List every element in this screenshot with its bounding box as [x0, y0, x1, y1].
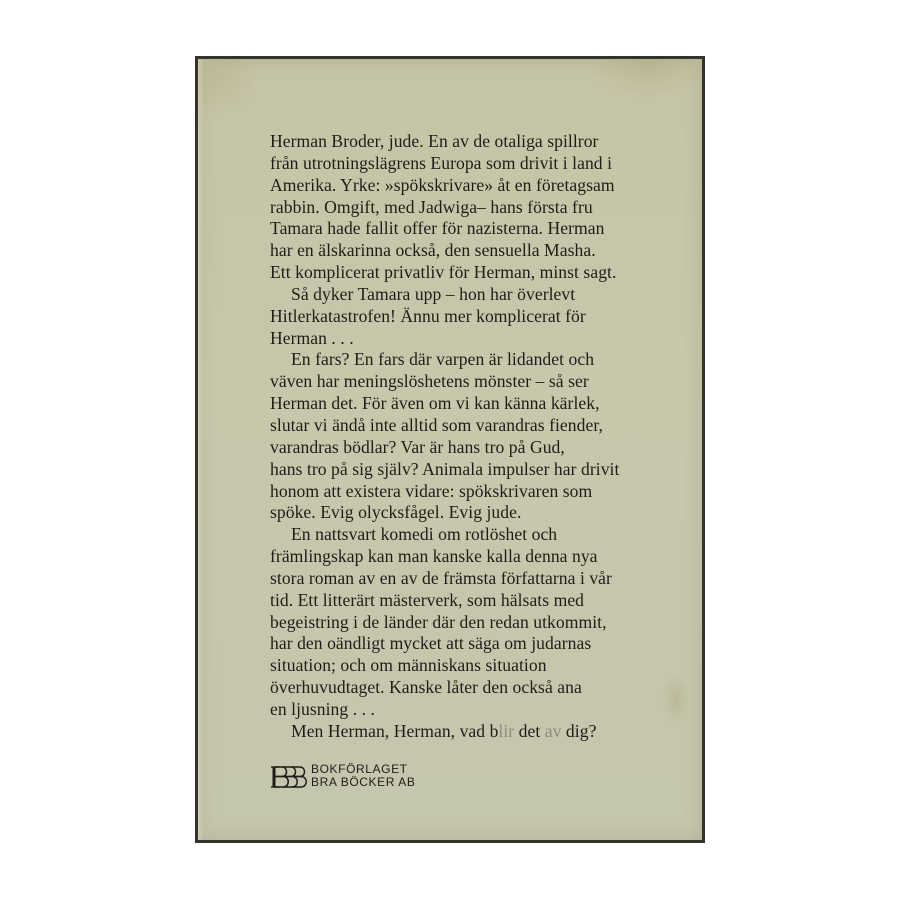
blurb-line: Amerika. Yrke: »spökskrivare» åt en före… [270, 175, 690, 197]
blurb-line: en ljusning . . . [270, 699, 690, 721]
blurb-line: En nattsvart komedi om rotlöshet och [270, 524, 690, 546]
blurb-line: slutar vi ändå inte alltid som varandras… [270, 415, 690, 437]
blurb-line: stora roman av en av de främsta författa… [270, 568, 690, 590]
blurb-line: rabbin. Omgift, med Jadwiga– hans första… [270, 197, 690, 219]
blurb-line: tid. Ett litterärt mästerverk, som hälsa… [270, 590, 690, 612]
blurb-text: Herman Broder, jude. En av de otaliga sp… [270, 131, 690, 743]
blurb-last-line: Men Herman, Herman, vad blir det av dig? [270, 721, 690, 743]
publisher-imprint: BOKFÖRLAGET BRA BÖCKER AB [271, 765, 416, 789]
blurb-line: främlingskap kan man kanske kalla denna … [270, 546, 690, 568]
blurb-line: varandras bödlar? Var är hans tro på Gud… [270, 437, 690, 459]
blurb-line: hans tro på sig själv? Animala impulser … [270, 459, 690, 481]
blurb-line: En fars? En fars där varpen är lidandet … [270, 349, 690, 371]
last-line-part: dig? [561, 721, 596, 741]
blurb-line: Tamara hade fallit offer för nazisterna.… [270, 218, 690, 240]
last-line-part: Men Herman, Herman, vad b [291, 721, 498, 741]
blurb-line: från utrotningslägrens Europa som drivit… [270, 153, 690, 175]
bbb-monogram-logo-icon [271, 765, 311, 789]
publisher-line-1: BOKFÖRLAGET [311, 763, 416, 776]
publisher-name: BOKFÖRLAGET BRA BÖCKER AB [311, 763, 416, 789]
last-line-part: det [514, 721, 545, 741]
blurb-line: begeistring i de länder där den redan ut… [270, 612, 690, 634]
blurb-line: Ett komplicerat privatliv för Herman, mi… [270, 262, 690, 284]
blurb-line: har den oändligt mycket att säga om juda… [270, 633, 690, 655]
blurb-line: överhuvudtaget. Kanske låter den också a… [270, 677, 690, 699]
blurb-line: Herman Broder, jude. En av de otaliga sp… [270, 131, 690, 153]
blurb-line: Herman . . . [270, 328, 690, 350]
blurb-line: honom att existera vidare: spökskrivaren… [270, 481, 690, 503]
publisher-line-2: BRA BÖCKER AB [311, 776, 416, 789]
blurb-line: väven har meningslöshetens mönster – så … [270, 371, 690, 393]
book-back-cover: Herman Broder, jude. En av de otaliga sp… [195, 56, 705, 843]
blurb-line: Så dyker Tamara upp – hon har överlevt [270, 284, 690, 306]
blurb-line: spöke. Evig olycksfågel. Evig jude. [270, 502, 690, 524]
blurb-line: har en älskarinna också, den sensuella M… [270, 240, 690, 262]
last-line-faded-part: av [545, 721, 562, 741]
blurb-line: situation; och om människans situation [270, 655, 690, 677]
blurb-line: Hitlerkatastrofen! Ännu mer komplicerat … [270, 306, 690, 328]
blurb-line: Herman det. För även om vi kan känna kär… [270, 393, 690, 415]
last-line-faded-part: lir [498, 721, 514, 741]
